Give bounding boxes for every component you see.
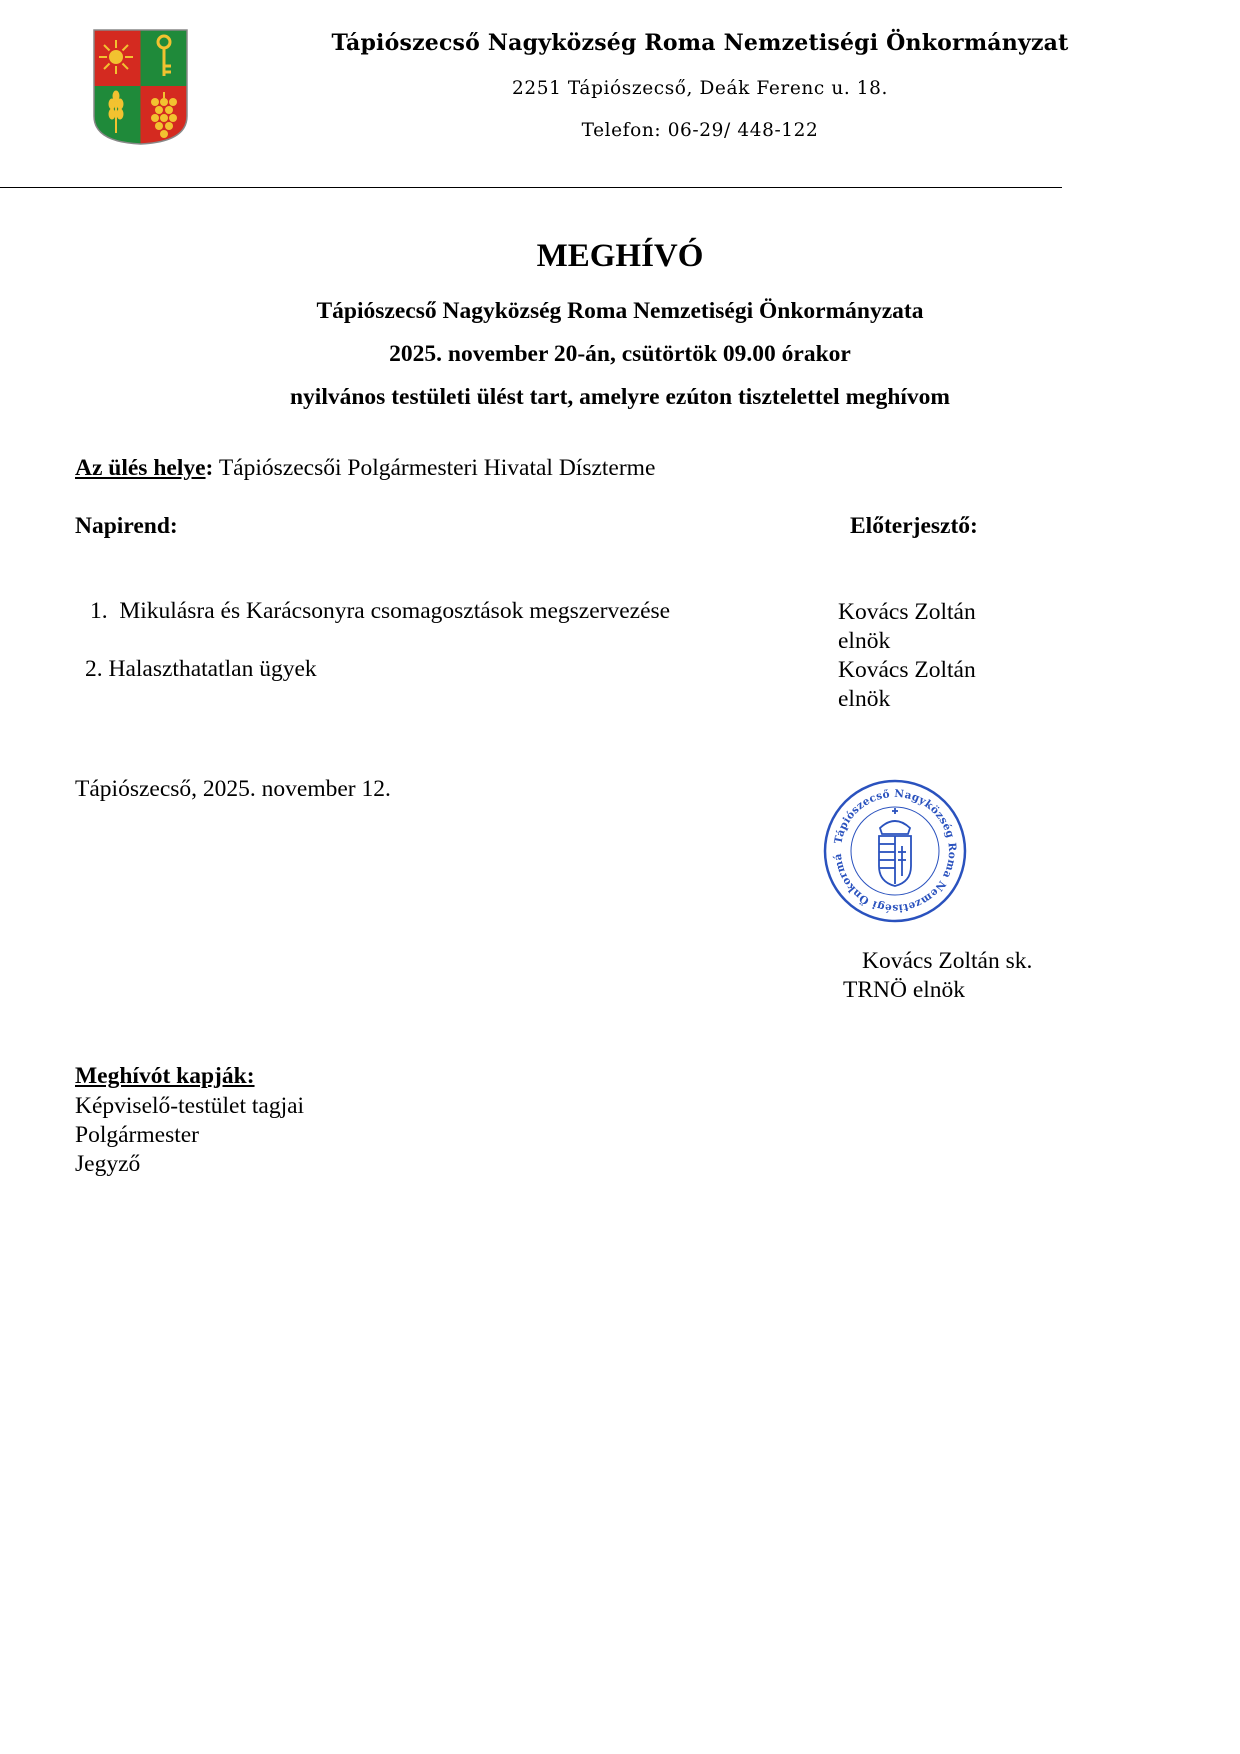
presenter-name: Kovács Zoltán [838, 598, 976, 627]
stamp-ring-text: Tápiószecső Nagyközség Roma Nemzetiségi … [822, 778, 958, 914]
venue: Az ülés helye: Tápiószecsői Polgármester… [75, 455, 655, 482]
agenda-item-presenter: Kovács Zoltán elnök [838, 656, 976, 714]
signer-role: TRNÖ elnök [843, 977, 965, 1004]
intro-line-1: Tápiószecső Nagyközség Roma Nemzetiségi … [0, 298, 1240, 325]
recipient-item: Jegyző [75, 1150, 304, 1179]
organization-address: 2251 Tápiószecső, Deák Ferenc u. 18. [400, 78, 1000, 99]
venue-label: Az ülés helye [75, 455, 206, 481]
recipients-list: Képviselő-testület tagjai Polgármester J… [75, 1092, 304, 1179]
intro-line-3: nyilvános testületi ülést tart, amelyre … [0, 384, 1240, 411]
organization-name: Tápiószecső Nagyközség Roma Nemzetiségi … [280, 30, 1120, 56]
agenda-item-title: Mikulásra és Karácsonyra csomagosztások … [119, 598, 670, 624]
agenda-item-title: Halaszthatatlan ügyek [109, 656, 317, 682]
place-and-date: Tápiószecső, 2025. november 12. [75, 776, 391, 803]
official-stamp-icon: Tápiószecső Nagyközség Roma Nemzetiségi … [822, 778, 968, 924]
agenda-item-number: 1. [90, 598, 108, 624]
presenter-role: elnök [838, 627, 976, 656]
recipient-item: Polgármester [75, 1121, 304, 1150]
organization-phone: Telefon: 06-29/ 448-122 [400, 120, 1000, 141]
coat-of-arms-icon [92, 28, 189, 146]
recipient-item: Képviselő-testület tagjai [75, 1092, 304, 1121]
signer-name: Kovács Zoltán sk. [862, 948, 1032, 975]
agenda-item-number: 2. [85, 656, 103, 682]
agenda-item: 2. Halaszthatatlan ügyek [85, 656, 317, 683]
agenda-item-presenter: Kovács Zoltán elnök [838, 598, 976, 656]
intro-line-2: 2025. november 20-án, csütörtök 09.00 ór… [0, 341, 1240, 368]
agenda-heading: Napirend: [75, 513, 178, 540]
agenda-item: 1. Mikulásra és Karácsonyra csomagosztás… [90, 598, 670, 625]
presenter-heading: Előterjesztő: [850, 513, 978, 540]
venue-value: Tápiószecsői Polgármesteri Hivatal Díszt… [213, 455, 655, 481]
presenter-role: elnök [838, 685, 976, 714]
document-title: MEGHÍVÓ [0, 238, 1240, 275]
header-divider [0, 187, 1062, 188]
recipients-heading: Meghívót kapják: [75, 1063, 255, 1090]
svg-text:Tápiószecső Nagyközség Roma Ne: Tápiószecső Nagyközség Roma Nemzetiségi … [822, 778, 958, 914]
presenter-name: Kovács Zoltán [838, 656, 976, 685]
